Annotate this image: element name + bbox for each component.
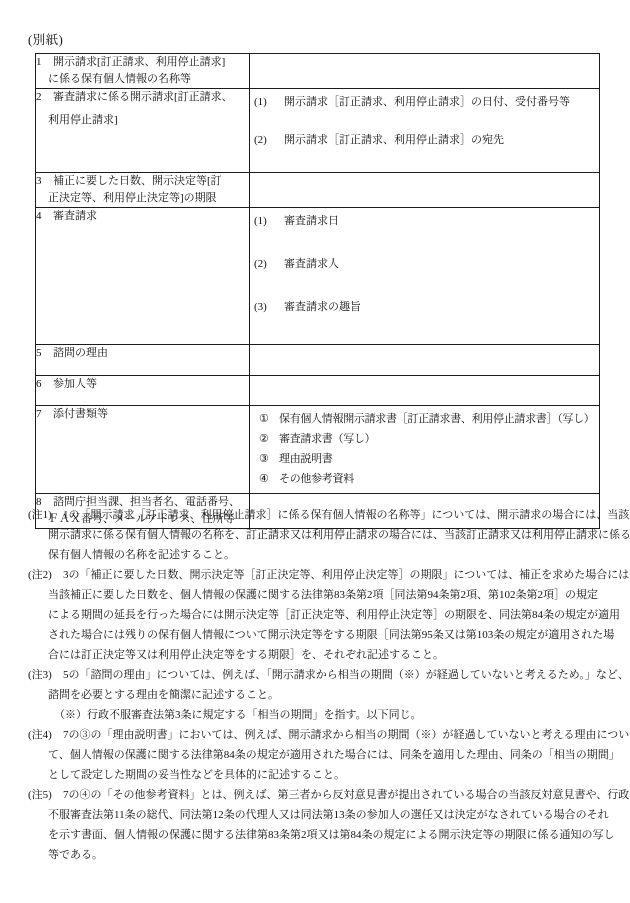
item-text: 保有個人情報開示請求書［訂正請求書、利用停止請求書］（写し） <box>279 413 595 425</box>
note-2: (注2) 3の「補正に要した日数、開示決定等［訂正決定等、利用停止決定等］の期限… <box>0 565 630 665</box>
row-5-value-cell <box>250 345 600 376</box>
item-marker: (2) <box>254 132 284 148</box>
item-text: 審査請求人 <box>284 258 339 270</box>
item-marker: (3) <box>254 299 284 315</box>
note-line: 保有個人情報の名称を記述すること。 <box>48 545 630 565</box>
row-7-value-cell: ①保有個人情報開示請求書［訂正請求書、利用停止請求書］（写し） ②審査請求書（写… <box>250 406 600 494</box>
row-7-label-cell: 7添付書類等 <box>36 406 250 494</box>
table-row-1: 1開示請求[訂正請求、利用停止請求] に係る保有個人情報の名称等 <box>36 54 600 89</box>
row-label-text: 審査請求 <box>53 210 97 222</box>
row-label-text: 開示請求[訂正請求、利用停止請求] <box>53 56 225 68</box>
row-label-line: 6参加人等 <box>36 376 249 393</box>
note-line: 当該補正に要した日数を、個人情報の保護に関する法律第83条第2項［同法第94条第… <box>48 585 630 605</box>
request-info-table: 1開示請求[訂正請求、利用停止請求] に係る保有個人情報の名称等 2審査請求に係… <box>35 53 600 529</box>
row-number: 5 <box>36 345 53 362</box>
row-label-line: 7添付書類等 <box>36 406 249 423</box>
list-item: ③理由説明書 <box>259 451 597 467</box>
row-label-line: 正決定等、利用停止決定等]の期限 <box>48 190 249 207</box>
note-1: (注1) 1の「開示請求［訂正請求、利用停止請求］に係る保有個人情報の名称等」に… <box>0 505 630 565</box>
item-text: その他参考資料 <box>279 473 354 485</box>
row-4-value-cell: (1)審査請求日 (2)審査請求人 (3)審査請求の趣旨 <box>250 208 600 345</box>
item-text: 開示請求［訂正請求、利用停止請求］の日付、受付番号等 <box>284 96 570 108</box>
table-row-4: 4審査請求 (1)審査請求日 (2)審査請求人 (3)審査請求の趣旨 <box>36 208 600 345</box>
item-text: 審査請求日 <box>284 215 339 227</box>
row-label-text: 諮問の理由 <box>53 347 108 359</box>
list-item: (2)審査請求人 <box>254 256 597 272</box>
row-4-item-list: (1)審査請求日 (2)審査請求人 (3)審査請求の趣旨 <box>250 208 599 344</box>
list-item: ②審査請求書（写し） <box>259 431 597 447</box>
row-7-item-list: ①保有個人情報開示請求書［訂正請求書、利用停止請求書］（写し） ②審査請求書（写… <box>250 406 599 493</box>
attachment-label: (別紙) <box>28 30 63 48</box>
note-5: (注5) 7の④の「その他参考資料」とは、例えば、第三者から反対意見書が提出され… <box>0 785 630 865</box>
note-line: 7の④の「その他参考資料」とは、例えば、第三者から反対意見書が提出されている場合… <box>48 785 630 805</box>
row-number: 7 <box>36 406 53 423</box>
note-line: として設定した期間の妥当性などを具体的に記述すること。 <box>48 765 630 785</box>
item-text: 開示請求［訂正請求、利用停止請求］の宛先 <box>284 134 504 146</box>
row-number: 2 <box>36 89 53 106</box>
row-label-text: 参加人等 <box>53 378 97 390</box>
note-line: 3の「補正に要した日数、開示決定等［訂正決定等、利用停止決定等］の期限」について… <box>48 565 630 585</box>
note-line: 合には訂正決定等又は利用停止決定等をする期限］を、それぞれ記述すること。 <box>48 645 630 665</box>
row-3-value-cell <box>250 173 600 208</box>
row-label-line: 利用停止請求] <box>48 112 249 129</box>
row-label-line: 4審査請求 <box>36 208 249 225</box>
table-row-3: 3補正に要した日数、開示決定等[訂 正決定等、利用停止決定等]の期限 <box>36 173 600 208</box>
list-item: (3)審査請求の趣旨 <box>254 299 597 315</box>
row-2-item-list: (1)開示請求［訂正請求、利用停止請求］の日付、受付番号等 (2)開示請求［訂正… <box>250 89 599 172</box>
row-number: 6 <box>36 376 53 393</box>
note-line: 不服審査法第11条の総代、同法第12条の代理人又は同法第13条の参加人の選任又は… <box>48 805 630 825</box>
item-marker: ② <box>259 431 279 447</box>
list-item: ④その他参考資料 <box>259 471 597 487</box>
row-6-value-cell <box>250 376 600 406</box>
note-line: 諮問を必要とする理由を簡潔に記述すること。 <box>48 685 630 705</box>
item-marker: (1) <box>254 213 284 229</box>
row-4-label-cell: 4審査請求 <box>36 208 250 345</box>
row-6-label-cell: 6参加人等 <box>36 376 250 406</box>
row-5-label-cell: 5諮問の理由 <box>36 345 250 376</box>
item-text: 審査請求書（写し） <box>279 433 375 445</box>
note-line: を示す書面、個人情報の保護に関する法律第83条第2項又は第84条の規定による開示… <box>48 825 630 845</box>
note-label: (注5) <box>28 785 52 805</box>
row-2-value-cell: (1)開示請求［訂正請求、利用停止請求］の日付、受付番号等 (2)開示請求［訂正… <box>250 89 600 173</box>
row-label-line: 1開示請求[訂正請求、利用停止請求] <box>36 54 249 71</box>
item-text: 審査請求の趣旨 <box>284 301 361 313</box>
item-text: 理由説明書 <box>279 453 333 465</box>
note-label: (注1) <box>28 505 52 525</box>
list-item: (1)開示請求［訂正請求、利用停止請求］の日付、受付番号等 <box>254 94 597 110</box>
row-3-label-cell: 3補正に要した日数、開示決定等[訂 正決定等、利用停止決定等]の期限 <box>36 173 250 208</box>
row-label-line: に係る保有個人情報の名称等 <box>48 71 249 88</box>
row-label-text: 添付書類等 <box>53 408 108 420</box>
item-marker: (1) <box>254 94 284 110</box>
note-line: 5の「諮問の理由」については、例えば、「開示請求から相当の期間（※）が経過してい… <box>48 665 630 685</box>
list-item: ①保有個人情報開示請求書［訂正請求書、利用停止請求書］（写し） <box>259 411 597 427</box>
note-label: (注3) <box>28 665 52 685</box>
table-row-7: 7添付書類等 ①保有個人情報開示請求書［訂正請求書、利用停止請求書］（写し） ②… <box>36 406 600 494</box>
note-line: 1の「開示請求［訂正請求、利用停止請求］に係る保有個人情報の名称等」については、… <box>48 505 630 525</box>
note-line: 開示請求に係る保有個人情報の名称を、訂正請求又は利用停止請求の場合には、当該訂正… <box>48 525 630 545</box>
row-label-text: 補正に要した日数、開示決定等[訂 <box>53 175 222 187</box>
note-line: 7の③の「理由説明書」においては、例えば、開示請求から相当の期間（※）が経過して… <box>48 725 630 745</box>
row-label-line: 2審査請求に係る開示請求[訂正請求、 <box>36 89 249 106</box>
note-sub-line: （※）行政不服審査法第3条に規定する「相当の期間」を指す。以下同じ。 <box>54 705 630 725</box>
note-4: (注4) 7の③の「理由説明書」においては、例えば、開示請求から相当の期間（※）… <box>0 725 630 785</box>
row-1-value-cell <box>250 54 600 89</box>
note-line: 等である。 <box>48 845 630 865</box>
note-label: (注2) <box>28 565 52 585</box>
row-number: 4 <box>36 208 53 225</box>
row-1-label-cell: 1開示請求[訂正請求、利用停止請求] に係る保有個人情報の名称等 <box>36 54 250 89</box>
item-marker: (2) <box>254 256 284 272</box>
item-marker: ③ <box>259 451 279 467</box>
row-2-label-cell: 2審査請求に係る開示請求[訂正請求、 利用停止請求] <box>36 89 250 173</box>
table-row-2: 2審査請求に係る開示請求[訂正請求、 利用停止請求] (1)開示請求［訂正請求、… <box>36 89 600 173</box>
row-label-line: 3補正に要した日数、開示決定等[訂 <box>36 173 249 190</box>
note-label: (注4) <box>28 725 52 745</box>
table-row-5: 5諮問の理由 <box>36 345 600 376</box>
row-number: 3 <box>36 173 53 190</box>
note-line: による期間の延長を行った場合には開示決定等［訂正決定等、利用停止決定等］の期限を… <box>48 605 630 625</box>
item-marker: ④ <box>259 471 279 487</box>
document-page: (別紙) 1開示請求[訂正請求、利用停止請求] に係る保有個人情報の名称等 2審… <box>0 0 630 903</box>
note-3: (注3) 5の「諮問の理由」については、例えば、「開示請求から相当の期間（※）が… <box>0 665 630 725</box>
row-number: 1 <box>36 54 53 71</box>
note-line: された場合には残りの保有個人情報について開示決定等をする期限［同法第95条又は第… <box>48 625 630 645</box>
row-label-text: 審査請求に係る開示請求[訂正請求、 <box>53 91 233 103</box>
row-label-line: 5諮問の理由 <box>36 345 249 362</box>
table-row-6: 6参加人等 <box>36 376 600 406</box>
item-marker: ① <box>259 411 279 427</box>
list-item: (1)審査請求日 <box>254 213 597 229</box>
notes-section: (注1) 1の「開示請求［訂正請求、利用停止請求］に係る保有個人情報の名称等」に… <box>0 505 630 865</box>
note-line: て、個人情報の保護に関する法律第84条の規定が適用された場合には、同条を適用した… <box>48 745 630 765</box>
list-item: (2)開示請求［訂正請求、利用停止請求］の宛先 <box>254 132 597 148</box>
